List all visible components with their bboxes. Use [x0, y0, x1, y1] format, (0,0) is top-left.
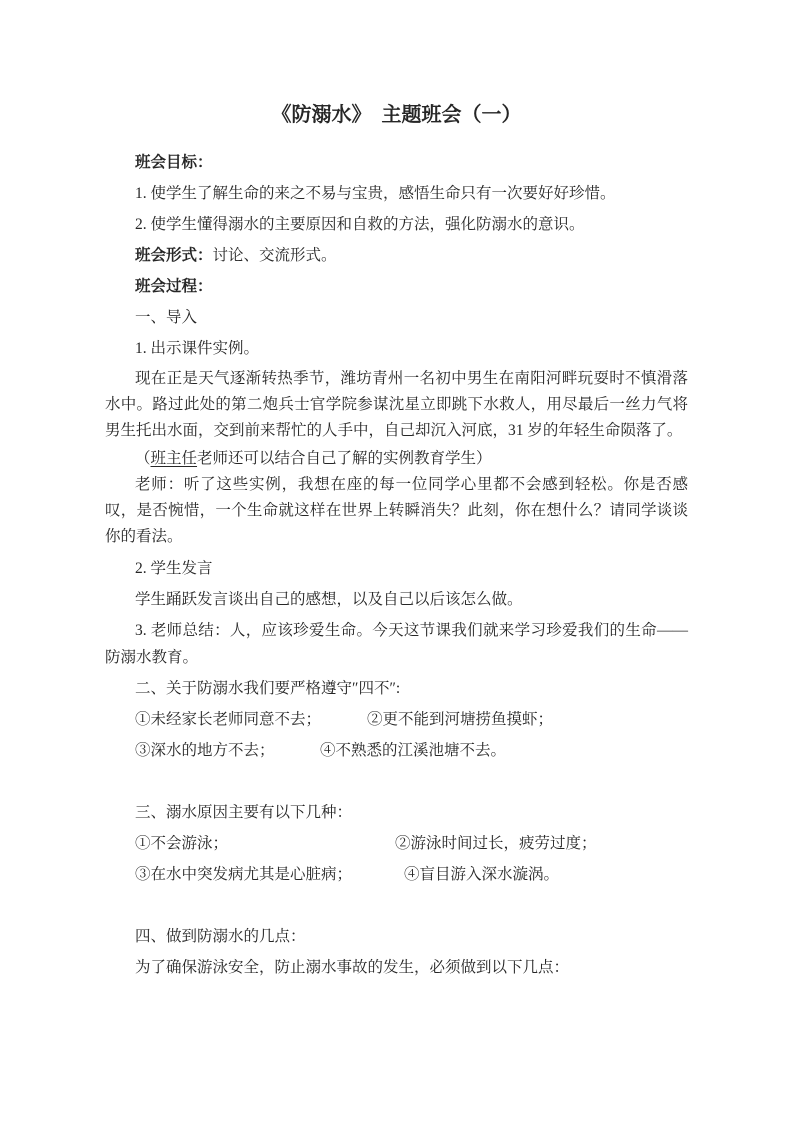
cause-item-3: ③在水中突发病尤其是心脏病； — [135, 861, 404, 888]
rule-item-3: ③深水的地方不去； — [135, 737, 320, 764]
section3-heading: 三、溺水原因主要有以下几种： — [105, 799, 688, 826]
section1-step2-text: 学生踊跃发言谈出自己的感想，以及自己以后该怎么做。 — [105, 586, 688, 613]
note-underlined-term: 班主任 — [151, 450, 198, 467]
note-suffix: 老师还可以结合自己了解的实例教育学生） — [197, 450, 492, 467]
cause-item-1: ①不会游泳； — [135, 830, 395, 857]
process-label: 班会过程： — [105, 273, 688, 300]
goal-item-1: 1. 使学生了解生命的来之不易与宝贵，感悟生命只有一次要好好珍惜。 — [105, 180, 688, 207]
form-text: 讨论、交流形式。 — [213, 247, 337, 264]
rule-item-2: ②更不能到河塘捞鱼摸虾； — [367, 711, 553, 728]
note-prefix: （ — [135, 450, 151, 467]
cause-item-4: ④盲目游入深水漩涡。 — [404, 866, 559, 883]
section1-heading: 一、导入 — [105, 304, 688, 331]
rule-item-1: ①未经家长老师同意不去； — [135, 706, 367, 733]
cause-item-2: ②游泳时间过长，疲劳过度； — [395, 835, 597, 852]
section1-step3: 3. 老师总结：人，应该珍爱生命。今天这节课我们就来学习珍爱我们的生命——防溺水… — [105, 617, 688, 671]
form-line: 班会形式：讨论、交流形式。 — [105, 242, 688, 269]
document-title: 《防溺水》 主题班会（一） — [105, 100, 688, 130]
form-label: 班会形式： — [135, 247, 213, 264]
teacher-note: （班主任老师还可以结合自己了解的实例教育学生） — [105, 446, 688, 472]
section1-step2: 2. 学生发言 — [105, 555, 688, 582]
section4-intro: 为了确保游泳安全，防止溺水事故的发生，必须做到以下几点： — [105, 954, 688, 981]
story-paragraph: 现在正是天气逐渐转热季节，潍坊青州一名初中男生在南阳河畔玩耍时不慎滑落水中。路过… — [105, 366, 688, 444]
section1-step1: 1. 出示课件实例。 — [105, 335, 688, 362]
teacher-talk: 老师：听了这些实例，我想在座的每一位同学心里都不会感到轻松。你是否感叹，是否惋惜… — [105, 472, 688, 550]
cause-row-1: ①不会游泳；②游泳时间过长，疲劳过度； — [105, 830, 688, 857]
document-page: 《防溺水》 主题班会（一） 班会目标： 1. 使学生了解生命的来之不易与宝贵，感… — [0, 0, 793, 1122]
rule-row-2: ③深水的地方不去；④不熟悉的江溪池塘不去。 — [105, 737, 688, 764]
cause-row-2: ③在水中突发病尤其是心脏病；④盲目游入深水漩涡。 — [105, 861, 688, 888]
rule-row-1: ①未经家长老师同意不去；②更不能到河塘捞鱼摸虾； — [105, 706, 688, 733]
goal-label: 班会目标： — [105, 149, 688, 176]
section4-heading: 四、做到防溺水的几点： — [105, 923, 688, 950]
rule-item-4: ④不熟悉的江溪池塘不去。 — [320, 742, 506, 759]
goal-item-2: 2. 使学生懂得溺水的主要原因和自救的方法，强化防溺水的意识。 — [105, 211, 688, 238]
section2-heading: 二、关于防溺水我们要严格遵守″四不″: — [105, 675, 688, 702]
